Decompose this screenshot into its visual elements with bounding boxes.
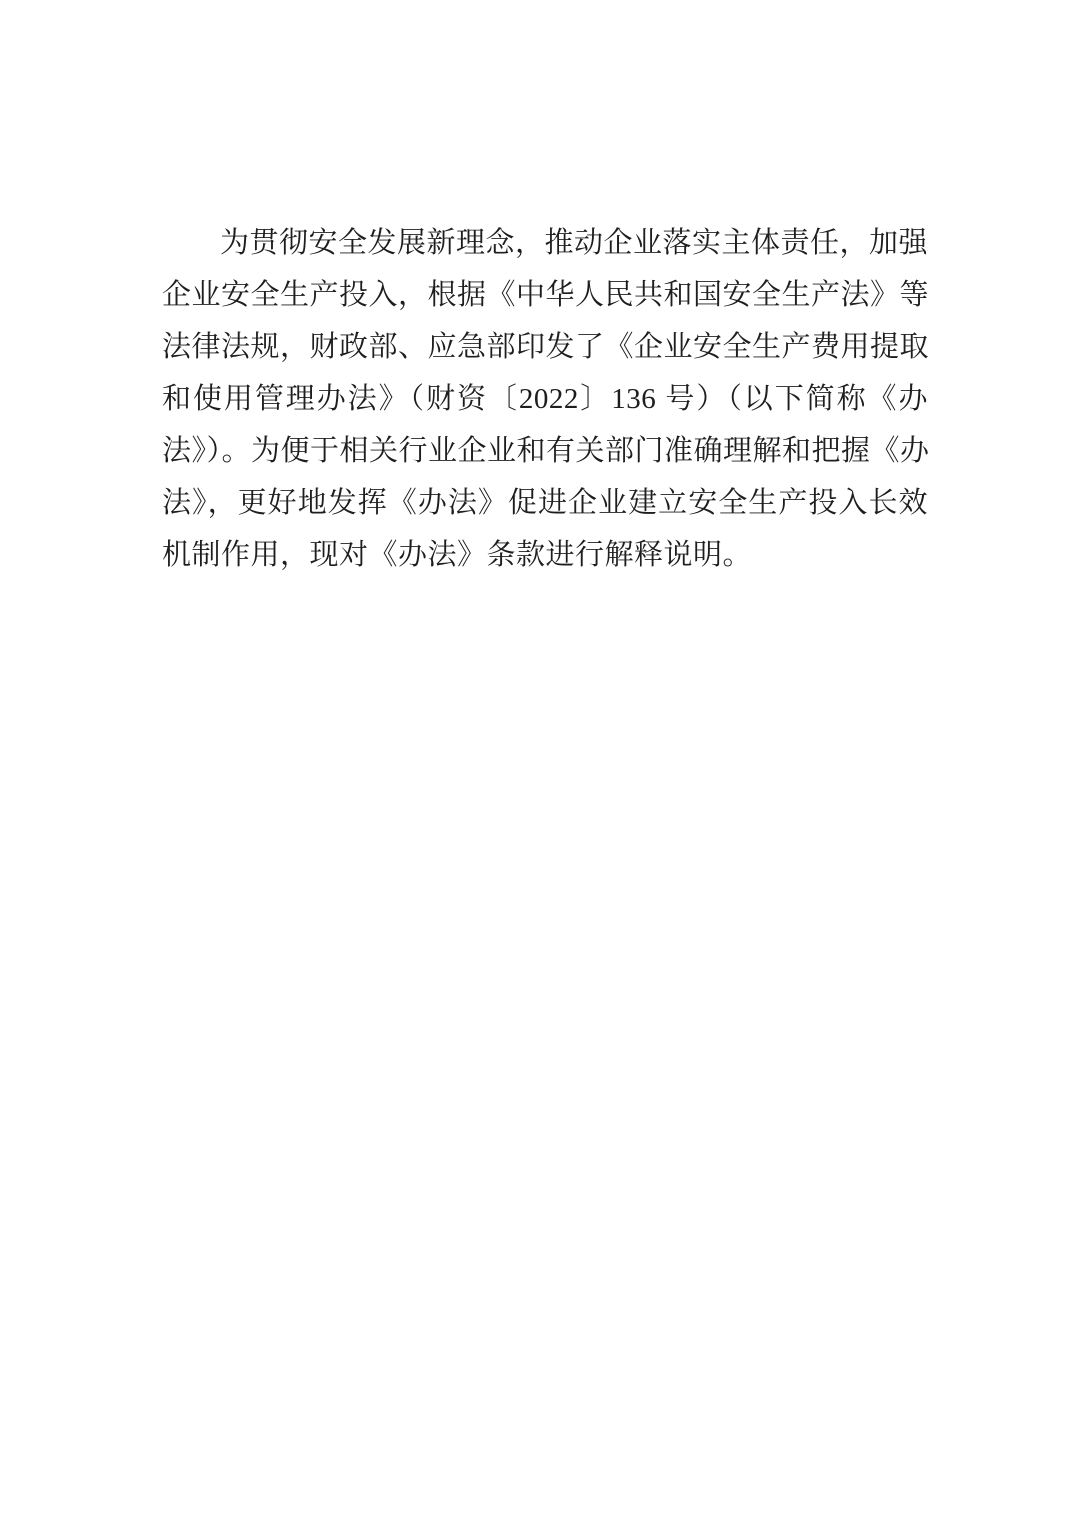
document-page: 为贯彻安全发展新理念，推动企业落实主体责任，加强 企业安全生产投入，根据《中华人…	[0, 0, 1080, 1527]
paragraph-line: 法》，更好地发挥《办法》促进企业建立安全生产投入长效	[162, 477, 928, 529]
paragraph-line: 法》）。为便于相关行业企业和有关部门准确理解和把握《办	[162, 425, 928, 477]
paragraph-line: 为贯彻安全发展新理念，推动企业落实主体责任，加强	[162, 217, 928, 269]
paragraph-line: 机制作用，现对《办法》条款进行解释说明。	[162, 529, 928, 581]
paragraph-line: 和使用管理办法》（财资〔2022〕136 号）（以下简称《办	[162, 373, 928, 425]
paragraph-line: 法律法规，财政部、应急部印发了《企业安全生产费用提取	[162, 321, 928, 373]
paragraph: 为贯彻安全发展新理念，推动企业落实主体责任，加强 企业安全生产投入，根据《中华人…	[162, 217, 928, 581]
paragraph-line: 企业安全生产投入，根据《中华人民共和国安全生产法》等	[162, 269, 928, 321]
